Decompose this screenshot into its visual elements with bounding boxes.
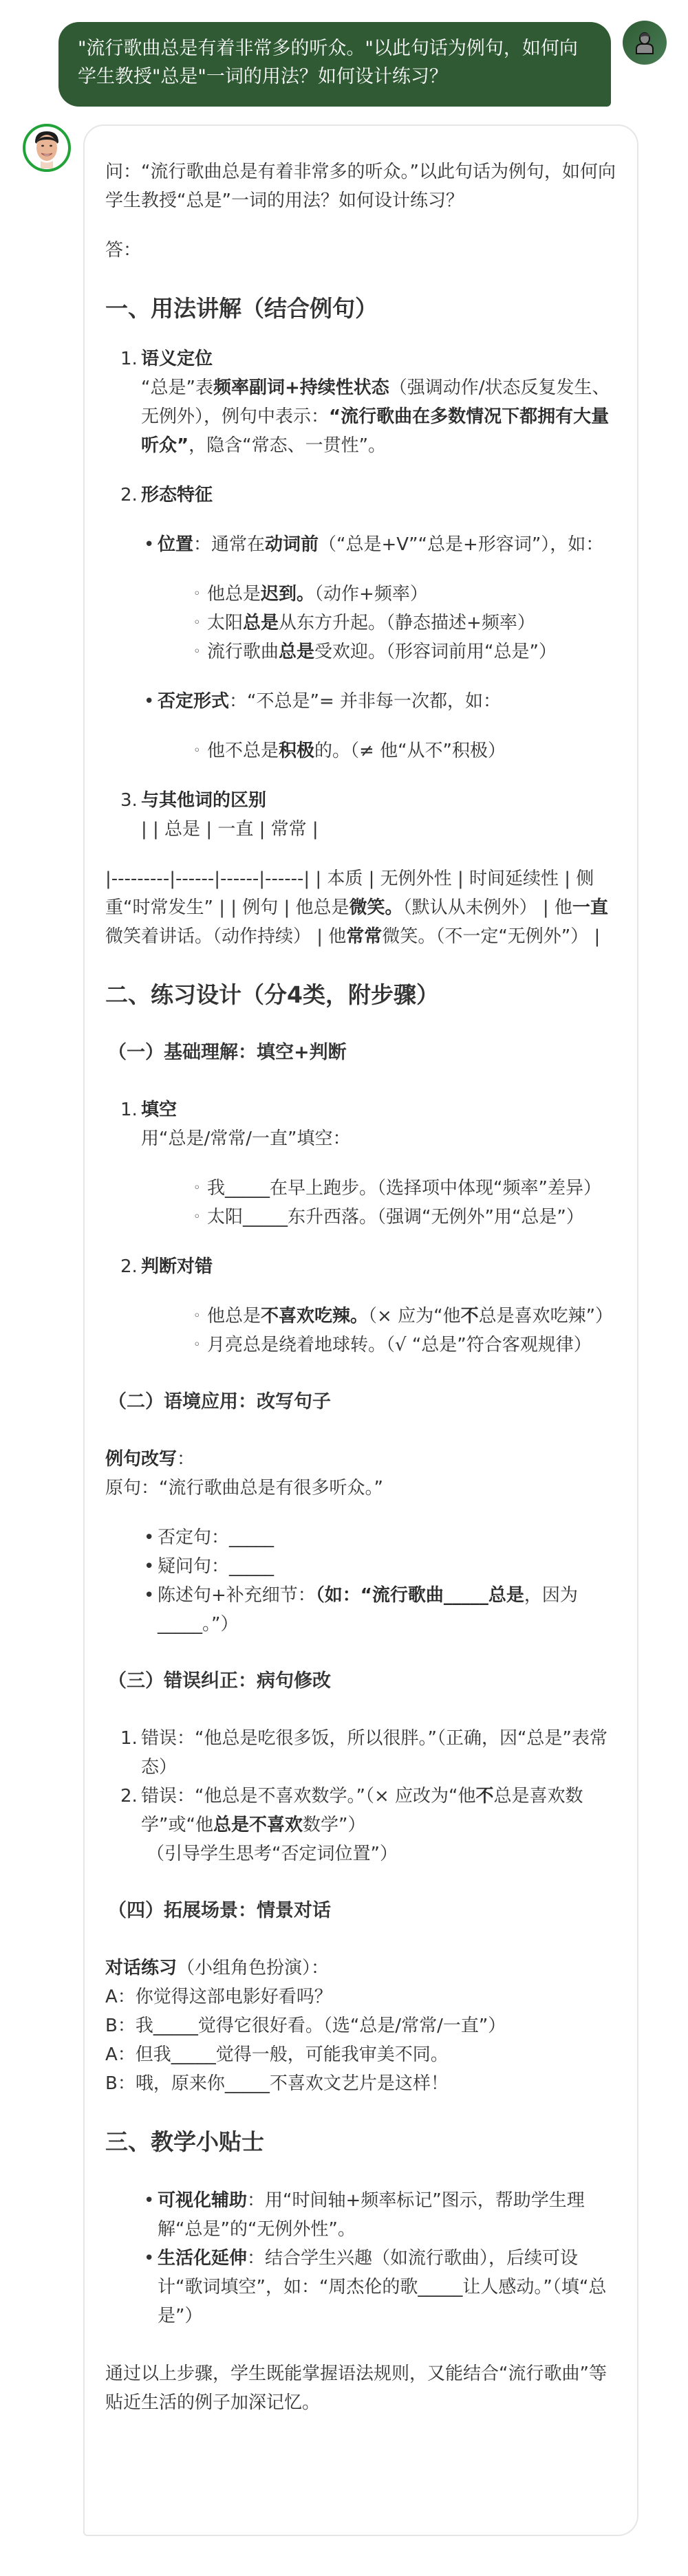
item-title: 填空 (141, 1100, 177, 1120)
text: ：通常在 (193, 534, 265, 555)
text: 流行歌曲 (207, 642, 279, 662)
subsection-heading-context: （二）语境应用：改写句子 (105, 1388, 618, 1416)
text: 微笑着讲话。（动作持续） | 他 (105, 926, 346, 947)
text: （动作+频率） (314, 584, 428, 604)
list-number: 3. (120, 786, 138, 815)
subsection-heading-correction: （三）错误纠正：病句修改 (105, 1668, 618, 1695)
list-item-error-2: 2. 错误：“他总是不喜欢数学。”（× 应改为“他不总是喜欢数学”或“他总是不喜… (105, 1782, 618, 1868)
assistant-photo-avatar-icon (28, 127, 65, 168)
text: 月亮总是绕着地球转。（√ “总是”符合客观规律） (207, 1335, 592, 1355)
bullet-icon: • (144, 687, 154, 716)
dialogue-label: 对话练习（小组角色扮演）： (105, 1954, 618, 1983)
section-heading-exercises: 二、练习设计（分4类，附步骤） (105, 980, 618, 1010)
text: 他总是 (207, 1306, 261, 1327)
example-item: ◦ 流行歌曲总是受欢迎。（形容词前用“总是”） (105, 637, 618, 666)
tip-item: • 可视化辅助：用“时间轴+频率标记”图示，帮助学生理解“总是”的“无例外性”。 (105, 2186, 618, 2244)
bold-text: 总是 (279, 642, 314, 662)
question-text: 问：“流行歌曲总是有着非常多的听众。”以此句话为例句，如何向学生教授“总是”一词… (105, 157, 618, 215)
item-title: 语义定位 (141, 349, 213, 369)
bold-text: 否定形式 (158, 691, 229, 712)
bold-text: 生活化延伸 (158, 2248, 247, 2269)
list-number: 1. (120, 345, 138, 373)
text: ，隐含“常态、一贯性”。 (189, 435, 386, 456)
item-title: 判断对错 (141, 1256, 213, 1277)
bullet-item: • 疑问句：_____ (105, 1552, 618, 1581)
list-item-fill-blank: 1. 填空 用“总是/常常/一直”填空： (105, 1095, 618, 1153)
circle-bullet-icon: ◦ (193, 609, 201, 637)
bold-text: 总是不喜欢 (213, 1815, 303, 1835)
text: 受欢迎。（形容词前用“总是”） (314, 642, 557, 662)
text: （引导学生思考“否定词位置”） (141, 1844, 398, 1864)
list-number: 2. (120, 1252, 138, 1281)
assistant-avatar[interactable] (23, 124, 71, 172)
example-item: ◦ 太阳总是从东方升起。（静态描述+频率） (105, 609, 618, 637)
bold-text: 位置 (158, 534, 193, 555)
text: 用“总是/常常/一直”填空： (141, 1128, 350, 1149)
original-sentence: 原句：“流行歌曲总是有很多听众。” (105, 1474, 618, 1503)
bullet-icon: • (144, 2244, 154, 2273)
list-item-form: 2. 形态特征 (105, 481, 618, 510)
table-header-row: | | 总是 | 一直 | 常常 | (141, 819, 319, 840)
dialogue-line: B：哦，原来你_____不喜欢文艺片是这样！ (105, 2069, 618, 2098)
bold-text: 积极 (279, 741, 314, 761)
text: 总是喜欢吃辣”） (479, 1306, 613, 1327)
circle-bullet-icon: ◦ (193, 1203, 201, 1232)
list-item-semantic: 1. 语义定位 “总是”表频率副词+持续性状态（强调动作/状态反复发生、无例外）… (105, 345, 618, 460)
bullet-icon: • (144, 530, 154, 559)
user-message-bubble: "流行歌曲总是有着非常多的听众。"以此句话为例句，如何向学生教授"总是"一词的用… (58, 22, 611, 107)
text: 太阳 (207, 613, 243, 633)
circle-bullet-icon: ◦ (193, 637, 201, 666)
text: 否定句：_____ (158, 1527, 274, 1548)
text: （“总是+V”“总是+形容词”），如： (319, 534, 603, 555)
bullet-item: • 否定句：_____ (105, 1523, 618, 1552)
item-title: 形态特征 (141, 485, 213, 505)
comparison-table-text: |---------|------|------|------| | 本质 | … (105, 864, 618, 951)
bold-text: 对话练习 (105, 1958, 177, 1978)
text: 从东方升起。（静态描述+频率） (279, 613, 535, 633)
list-item-error-1: 1. 错误：“他总是吃很多饭，所以很胖。”（正确，因“总是”表常态） (105, 1724, 618, 1782)
text: 疑问句：_____ (158, 1556, 274, 1577)
person-icon (634, 31, 655, 54)
section-heading-usage: 一、用法讲解（结合例句） (105, 294, 618, 324)
text: 微笑。（不一定“无例外”） | (382, 926, 600, 947)
bold-text: 总是 (243, 613, 279, 633)
bold-text: 不 (475, 1786, 493, 1807)
circle-bullet-icon: ◦ (193, 736, 201, 765)
section-heading-tips: 三、教学小贴士 (105, 2127, 618, 2157)
example-item: ◦ 月亮总是绕着地球转。（√ “总是”符合客观规律） (105, 1331, 618, 1360)
text: 太阳_____东升西落。（强调“无例外”用“总是”） (207, 1207, 584, 1227)
text: “总是”表 (141, 378, 213, 398)
list-number: 1. (120, 1724, 138, 1753)
example-item: ◦ 他总是不喜欢吃辣。（× 应为“他不总是喜欢吃辣”） (105, 1302, 618, 1331)
text: ：“不总是”= 并非每一次都，如： (229, 691, 501, 712)
text: 他不总是 (207, 741, 279, 761)
bold-text: 迟到。 (261, 584, 314, 604)
dialogue-line: A：但我_____觉得一般，可能我审美不同。 (105, 2040, 618, 2069)
tip-item: • 生活化延伸：结合学生兴趣（如流行歌曲），后续可设计“歌词填空”，如：“周杰伦… (105, 2244, 618, 2331)
subsection-heading-dialogue: （四）拓展场景：情景对话 (105, 1897, 618, 1925)
circle-bullet-icon: ◦ (193, 1331, 201, 1360)
bullet-icon: • (144, 1523, 154, 1552)
bold-text: （如：“流行歌曲_____总是 (316, 1585, 524, 1606)
example-item: ◦ 他不总是积极的。（≠ 他“从不”积极） (105, 736, 618, 765)
bullet-position: • 位置：通常在动词前（“总是+V”“总是+形容词”），如： (105, 530, 618, 559)
bullet-item: • 陈述句+补充细节：（如：“流行歌曲_____总是，因为_____。”） (105, 1581, 618, 1639)
bullet-icon: • (144, 1552, 154, 1581)
text: 错误：“他总是不喜欢数学。”（× 应改为“他 (141, 1786, 475, 1807)
dialogue-line: A：你觉得这部电影好看吗？ (105, 1983, 618, 2011)
rewrite-label: 例句改写： (105, 1445, 618, 1474)
conclusion-text: 通过以上步骤，学生既能掌握语法规则，又能结合“流行歌曲”等贴近生活的例子加深记忆… (105, 2359, 618, 2417)
bold-text: 不喜欢吃辣。 (261, 1306, 368, 1327)
bold-text: 例句改写 (105, 1449, 177, 1470)
bullet-icon: • (144, 1581, 154, 1610)
list-number: 1. (120, 1095, 138, 1124)
user-avatar-icon[interactable] (623, 21, 667, 65)
user-message-row: "流行歌曲总是有着非常多的听众。"以此句话为例句，如何向学生教授"总是"一词的用… (0, 0, 688, 117)
bullet-icon: • (144, 2186, 154, 2215)
bold-text: 频率副词+持续性状态 (213, 378, 389, 398)
bold-text: 常常 (346, 926, 382, 947)
text: （小组角色扮演）： (177, 1958, 329, 1978)
list-number: 2. (120, 481, 138, 510)
bold-text: 一直 (572, 897, 608, 918)
bold-text: 微笑。 (350, 897, 403, 918)
circle-bullet-icon: ◦ (193, 580, 201, 609)
text: 他总是 (207, 584, 261, 604)
bold-text: 不 (461, 1306, 479, 1327)
bold-text: 动词前 (265, 534, 319, 555)
text: （× 应为“他 (368, 1306, 461, 1327)
text: （默认从未例外） | 他 (403, 897, 572, 918)
text: 的。（≠ 他“从不”积极） (314, 741, 506, 761)
user-message-text: "流行歌曲总是有着非常多的听众。"以此句话为例句，如何向学生教授"总是"一词的用… (78, 38, 578, 87)
dialogue-line: B：我_____觉得它很好看。（选“总是/常常/一直”） (105, 2011, 618, 2040)
text: 我_____在早上跑步。（选择项中体现“频率”差异） (207, 1178, 601, 1199)
list-number: 2. (120, 1782, 138, 1811)
list-item-true-false: 2. 判断对错 (105, 1252, 618, 1281)
bold-text: 可视化辅助 (158, 2190, 247, 2211)
circle-bullet-icon: ◦ (193, 1174, 201, 1203)
text: 陈述句+补充细节： (158, 1585, 316, 1606)
text: ： (177, 1449, 195, 1470)
item-title: 与其他词的区别 (141, 790, 266, 811)
bullet-negation: • 否定形式：“不总是”= 并非每一次都，如： (105, 687, 618, 716)
example-item: ◦ 太阳_____东升西落。（强调“无例外”用“总是”） (105, 1203, 618, 1232)
example-item: ◦ 我_____在早上跑步。（选择项中体现“频率”差异） (105, 1174, 618, 1203)
example-item: ◦ 他总是迟到。（动作+频率） (105, 580, 618, 609)
answer-label: 答： (105, 236, 618, 265)
subsection-heading-basic: （一）基础理解：填空+判断 (105, 1039, 618, 1067)
text: 数学”） (303, 1815, 365, 1835)
assistant-message-card: 问：“流行歌曲总是有着非常多的听众。”以此句话为例句，如何向学生教授“总是”一词… (83, 124, 638, 2536)
circle-bullet-icon: ◦ (193, 1302, 201, 1331)
list-item-difference: 3. 与其他词的区别 | | 总是 | 一直 | 常常 | (105, 786, 618, 844)
text: 错误：“他总是吃很多饭，所以很胖。”（正确，因“总是”表常态） (141, 1728, 608, 1778)
